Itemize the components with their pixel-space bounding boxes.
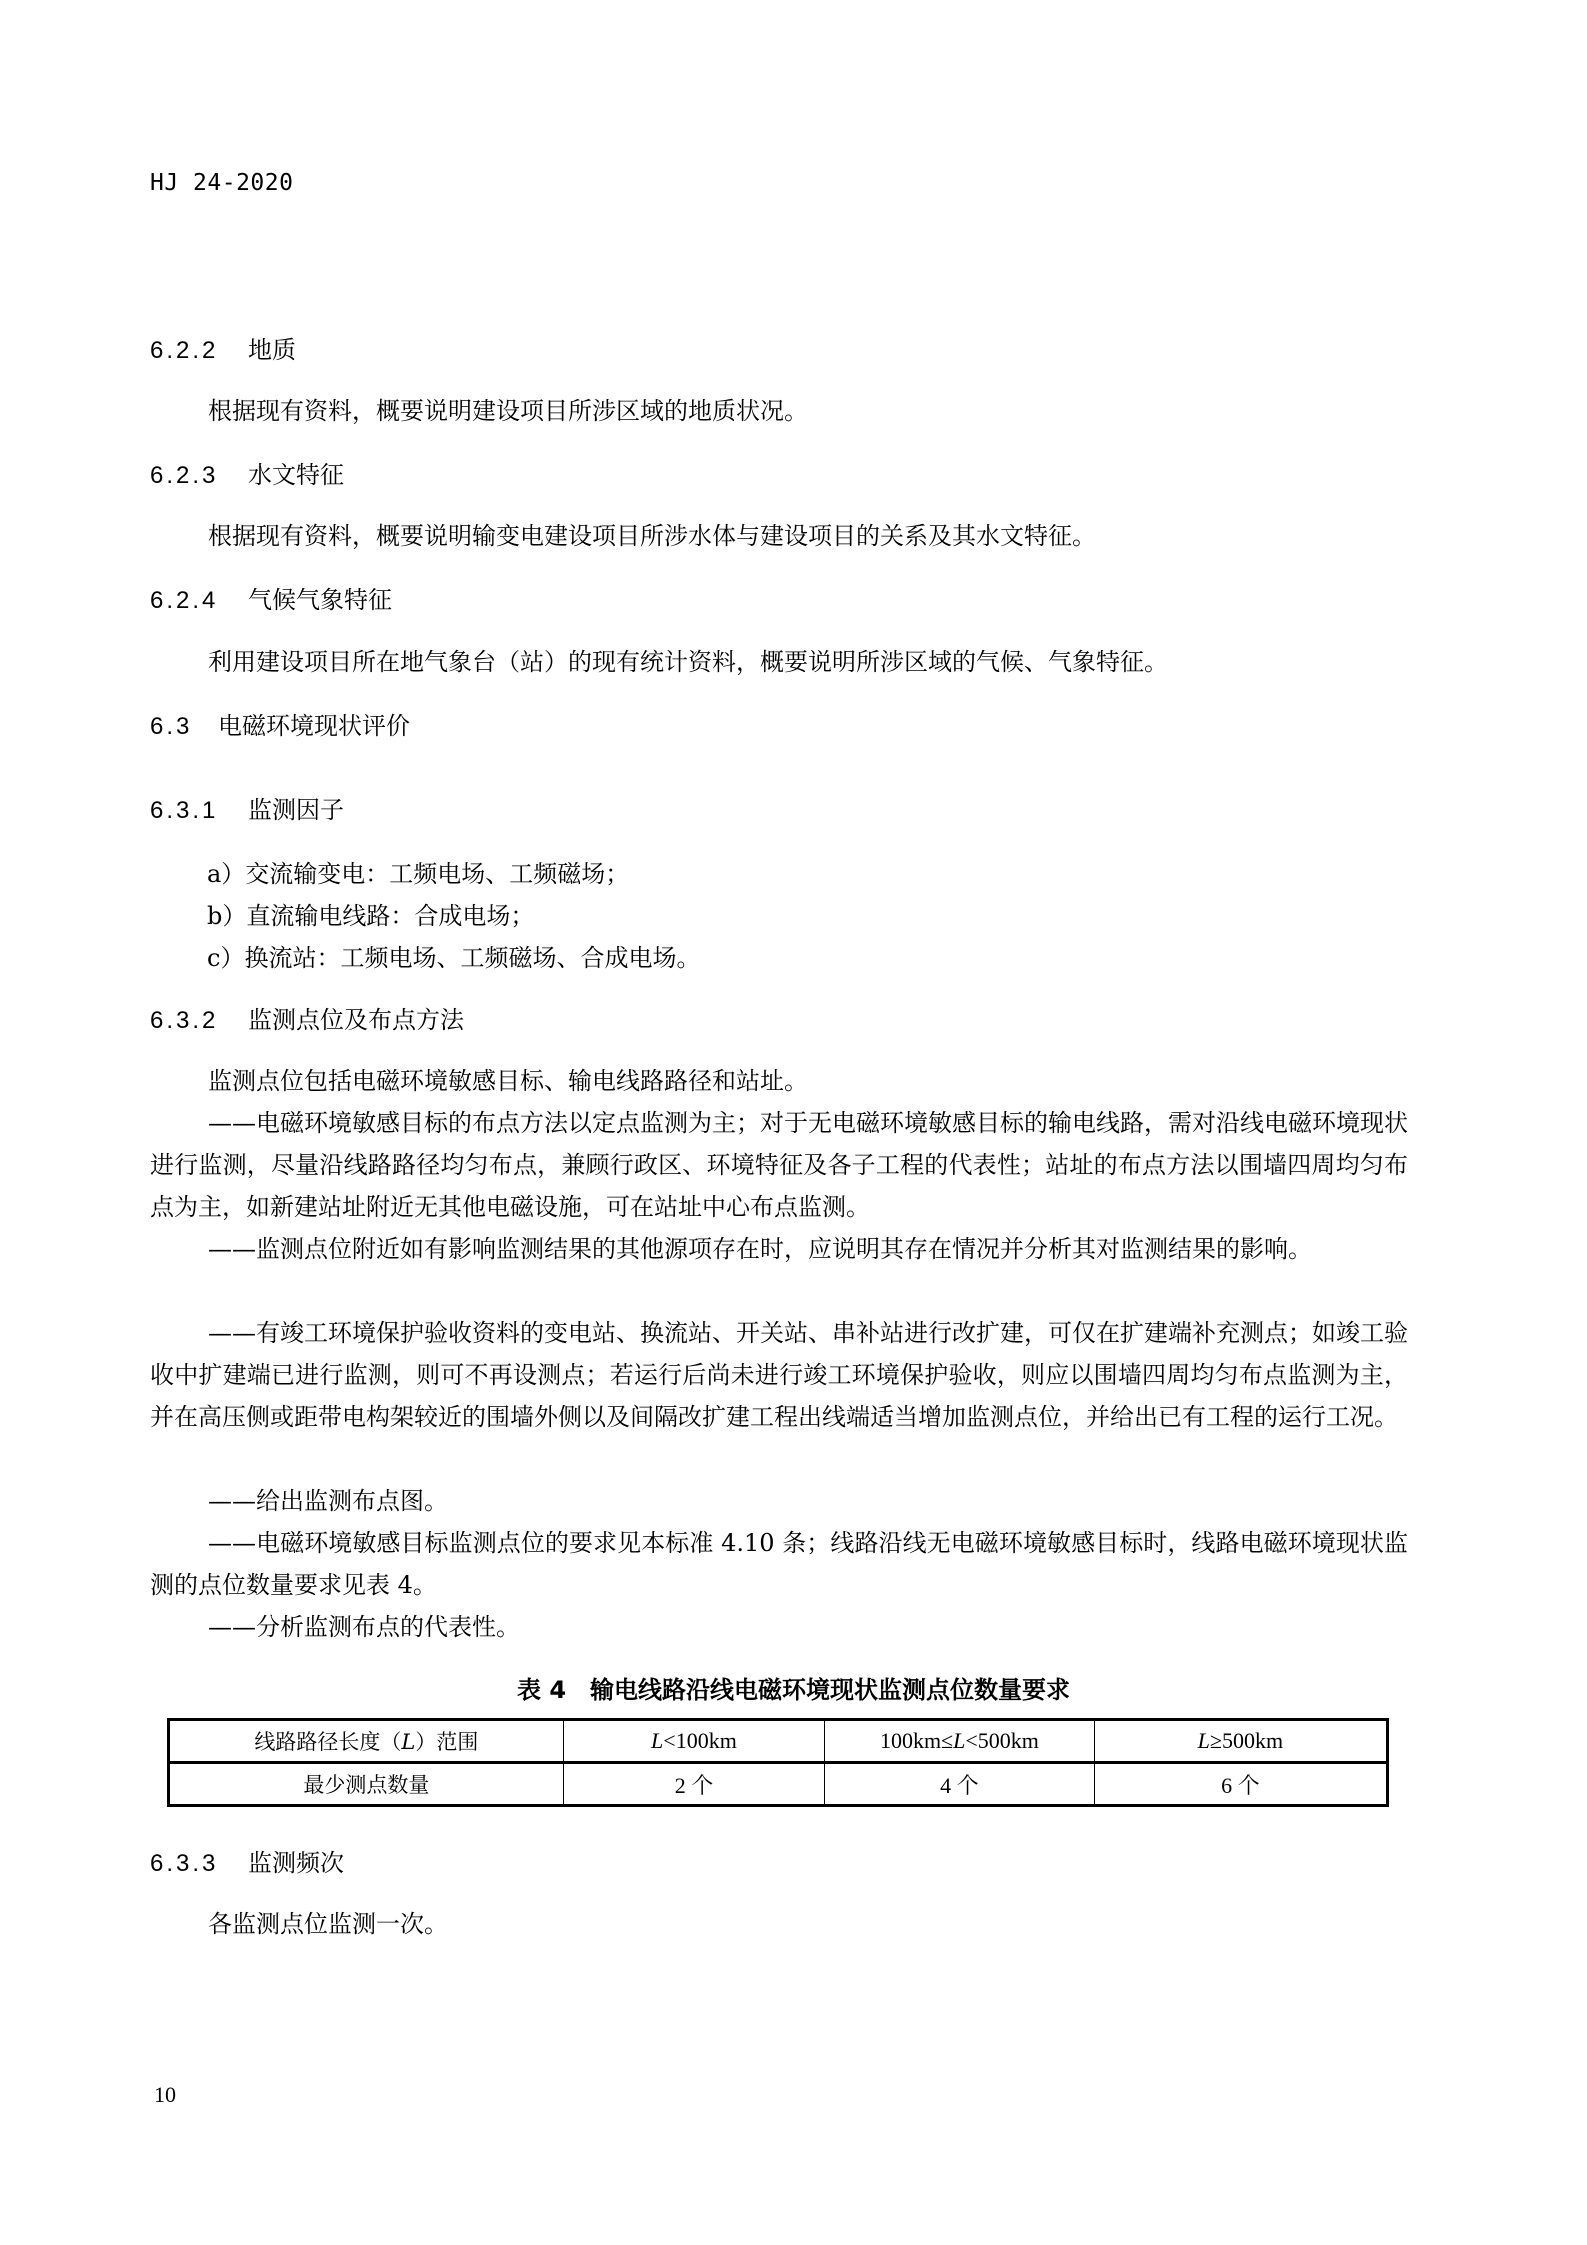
heading-6-2-2: 6.2.2地质	[150, 330, 296, 365]
section-title: 水文特征	[248, 461, 344, 489]
section-title: 监测因子	[248, 796, 344, 824]
heading-6-2-3: 6.2.3水文特征	[150, 455, 344, 490]
section-number: 6.3.3	[150, 1850, 248, 1878]
table-cell-value: 6 个	[1094, 1763, 1387, 1806]
section-title: 电磁环境现状评价	[218, 712, 410, 740]
paragraph-dash-2: ——监测点位附近如有影响监测结果的其他源项存在时，应说明其存在情况并分析其对监测…	[150, 1228, 1408, 1270]
list-item: a）交流输变电：工频电场、工频磁场；	[207, 854, 629, 889]
section-title: 地质	[248, 336, 296, 364]
heading-6-3: 6.3电磁环境现状评价	[150, 706, 410, 741]
heading-6-3-2: 6.3.2监测点位及布点方法	[150, 1000, 464, 1035]
section-title: 监测点位及布点方法	[248, 1006, 464, 1034]
page-number: 10	[154, 2082, 176, 2108]
paragraph-hydrology: 根据现有资料，概要说明输变电建设项目所涉水体与建设项目的关系及其水文特征。	[150, 515, 1408, 557]
list-item: c）换流站：工频电场、工频磁场、合成电场。	[207, 938, 700, 973]
paragraph-dash-1: ——电磁环境敏感目标的布点方法以定点监测为主；对于无电磁环境敏感目标的输电线路，…	[150, 1102, 1408, 1228]
section-number: 6.3.1	[150, 797, 248, 825]
paragraph-frequency: 各监测点位监测一次。	[150, 1903, 1408, 1945]
list-item: b）直流输电线路：合成电场；	[207, 896, 534, 931]
section-number: 6.3	[150, 713, 218, 741]
section-number: 6.2.2	[150, 337, 248, 365]
heading-6-3-1: 6.3.1监测因子	[150, 790, 344, 825]
table-cell-value: 4 个	[825, 1763, 1095, 1806]
heading-6-3-3: 6.3.3监测频次	[150, 1843, 344, 1878]
table-header-row: 线路路径长度（L）范围 L<100km 100km≤L<500km L≥500k…	[169, 1720, 1388, 1763]
paragraph-climate: 利用建设项目所在地气象台（站）的现有统计资料，概要说明所涉区域的气候、气象特征。	[150, 641, 1408, 683]
table-cell-min-points-label: 最少测点数量	[169, 1763, 564, 1806]
table-caption: 表 4 输电线路沿线电磁环境现状监测点位数量要求	[0, 1670, 1587, 1705]
paragraph-intro: 监测点位包括电磁环境敏感目标、输电线路路径和站址。	[150, 1060, 1408, 1102]
section-title: 监测频次	[248, 1849, 344, 1877]
table-cell-range-lt100: L<100km	[563, 1720, 824, 1763]
table-cell-range-label: 线路路径长度（L）范围	[169, 1720, 564, 1763]
section-title: 气候气象特征	[248, 586, 392, 614]
paragraph-dash-5: ——电磁环境敏感目标监测点位的要求见本标准 4.10 条；线路沿线无电磁环境敏感…	[150, 1522, 1408, 1606]
paragraph-dash-3: ——有竣工环境保护验收资料的变电站、换流站、开关站、串补站进行改扩建，可仅在扩建…	[150, 1312, 1408, 1438]
section-number: 6.3.2	[150, 1007, 248, 1035]
table-cell-range-100-500: 100km≤L<500km	[825, 1720, 1095, 1763]
section-number: 6.2.4	[150, 587, 248, 615]
document-page: HJ 24-2020 6.2.2地质 根据现有资料，概要说明建设项目所涉区域的地…	[0, 0, 1587, 2245]
table-row: 最少测点数量 2 个 4 个 6 个	[169, 1763, 1388, 1806]
table-cell-range-ge500: L≥500km	[1094, 1720, 1387, 1763]
paragraph-dash-6: ——分析监测布点的代表性。	[150, 1606, 1408, 1648]
table-cell-value: 2 个	[563, 1763, 824, 1806]
section-number: 6.2.3	[150, 462, 248, 490]
paragraph-geology: 根据现有资料，概要说明建设项目所涉区域的地质状况。	[150, 390, 1408, 432]
paragraph-dash-4: ——给出监测布点图。	[150, 1480, 1408, 1522]
table-4: 线路路径长度（L）范围 L<100km 100km≤L<500km L≥500k…	[167, 1718, 1389, 1807]
standard-code-header: HJ 24-2020	[150, 170, 293, 196]
heading-6-2-4: 6.2.4气候气象特征	[150, 580, 392, 615]
